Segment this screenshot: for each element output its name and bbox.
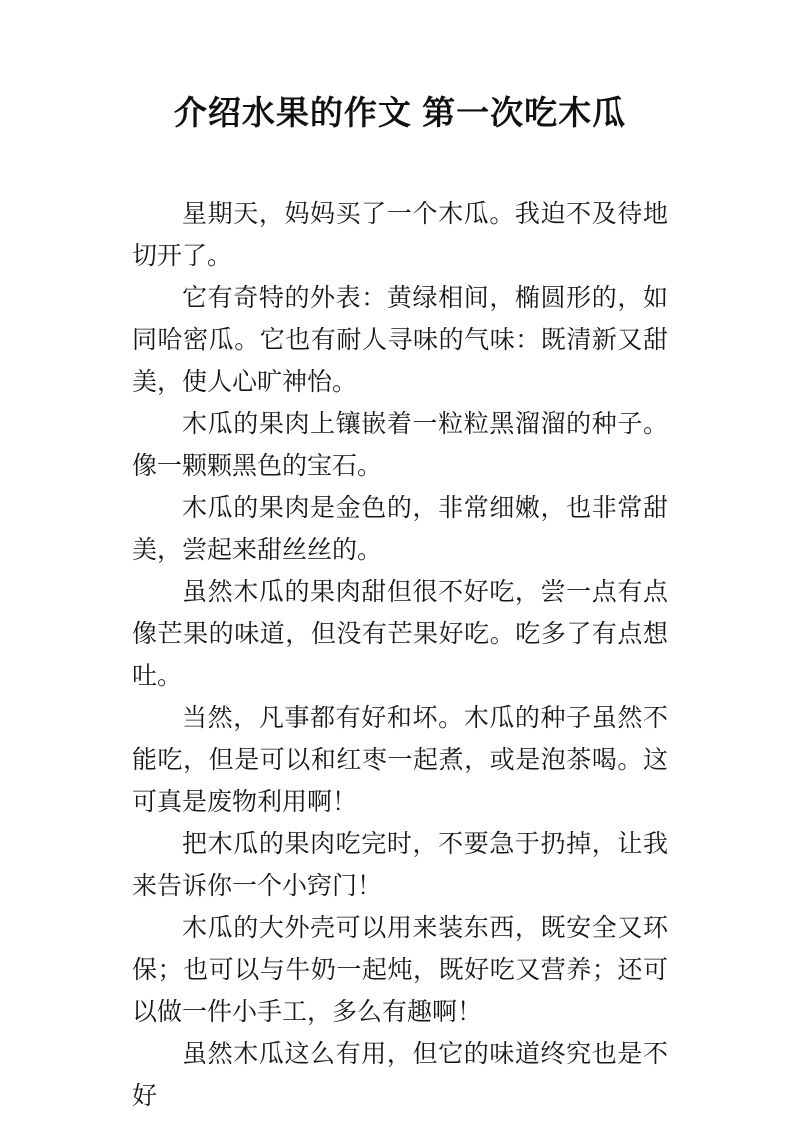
paragraph-9-truncated: 虽然木瓜这么有用，但它的味道终究也是不好 (132, 1034, 668, 1118)
paragraph-2: 它有奇特的外表：黄绿相间，椭圆形的，如同哈密瓜。它也有耐人寻味的气味：既清新又甜… (132, 278, 668, 404)
paragraph-7: 把木瓜的果肉吃完时，不要急于扔掉，让我来告诉你一个小窍门！ (132, 824, 668, 908)
paragraph-6: 当然，凡事都有好和坏。木瓜的种子虽然不能吃，但是可以和红枣一起煮，或是泡茶喝。这… (132, 698, 668, 824)
paragraph-3: 木瓜的果肉上镶嵌着一粒粒黑溜溜的种子。像一颗颗黑色的宝石。 (132, 404, 668, 488)
paragraph-8: 木瓜的大外壳可以用来装东西，既安全又环保；也可以与牛奶一起炖，既好吃又营养；还可… (132, 908, 668, 1034)
paragraph-5: 虽然木瓜的果肉甜但很不好吃，尝一点有点像芒果的味道，但没有芒果好吃。吃多了有点想… (132, 572, 668, 698)
document-body: 星期天，妈妈买了一个木瓜。我迫不及待地切开了。 它有奇特的外表：黄绿相间，椭圆形… (132, 194, 668, 1118)
document-title: 介绍水果的作文 第一次吃木瓜 (0, 0, 800, 136)
paragraph-4: 木瓜的果肉是金色的，非常细嫩，也非常甜美，尝起来甜丝丝的。 (132, 488, 668, 572)
paragraph-1: 星期天，妈妈买了一个木瓜。我迫不及待地切开了。 (132, 194, 668, 278)
document-page: 介绍水果的作文 第一次吃木瓜 星期天，妈妈买了一个木瓜。我迫不及待地切开了。 它… (0, 0, 800, 1132)
